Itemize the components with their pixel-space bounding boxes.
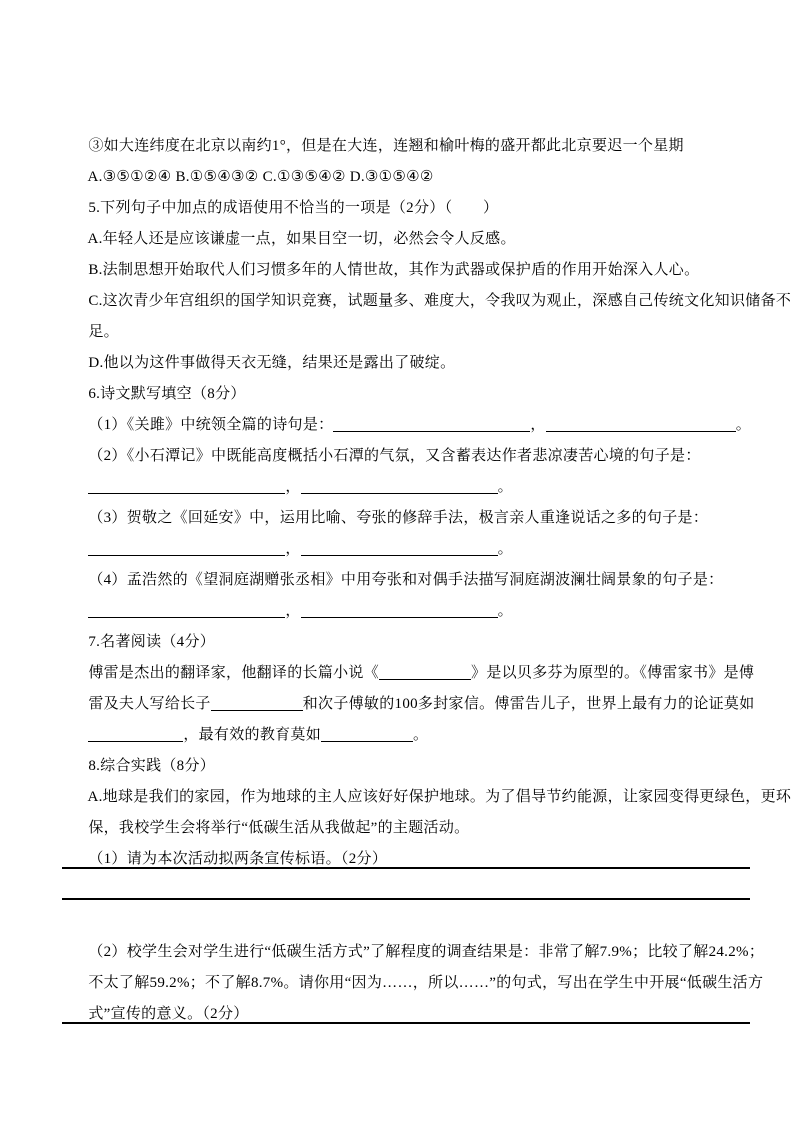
period: 。 <box>498 541 513 557</box>
q5-option-d: D.他以为这件事做得天衣无缝，结果还是露出了破绽。 <box>64 317 748 348</box>
q7-line3-end: 。 <box>413 727 428 743</box>
q6-item1-label: （1）《关雎》中统领全篇的诗句是： <box>88 417 333 433</box>
q6-item2-label: （2）《小石潭记》中既能高度概括小石潭的气氛，又含蓄表达作者悲凉凄苦心境的句子是… <box>88 448 700 464</box>
q7-line1-pre: 傅雷是杰出的翻译家，他翻译的长篇小说《 <box>88 665 379 681</box>
q5-stem-text: 5.下列句子中加点的成语使用不恰当的一项是（2分）（ ） <box>88 200 498 216</box>
q8-intro-line1-text: A.地球是我们的家园，作为地球的主人应该好好保护地球。为了倡导节约能源，让家园变… <box>87 789 791 805</box>
q6-item4-label: （4）孟浩然的《望洞庭湖赠张丞相》中用夸张和对偶手法描写洞庭湖波澜壮阔景象的句子… <box>88 572 723 588</box>
q8-title-text: 8.综合实践（8分） <box>88 758 215 774</box>
answer-blank <box>301 479 498 494</box>
q4-sentence-3: ③如大连纬度在北京以南约1°，但是在大连，连翘和榆叶梅的盛开都此北京要迟一个星期 <box>64 100 748 131</box>
q8-sub1-answer-line-1 <box>64 844 748 875</box>
answer-rule <box>62 898 750 900</box>
answer-blank <box>301 603 498 618</box>
q8-sub2-line1: （2）校学生会对学生进行“低碳生活方式”了解程度的调查结果是：非常了解7.9%；… <box>64 906 748 937</box>
q5-option-c-line2-text: 足。 <box>88 324 119 340</box>
answer-blank <box>379 665 471 680</box>
q8-sub1-answer-line-2 <box>64 875 748 906</box>
q8-sub2-answer-line-1 <box>64 999 748 1030</box>
q7-line3-mid: ，最有效的教育莫如 <box>183 727 321 743</box>
q7-line1-post: 》是以贝多芬为原型的。《傅雷家书》是傅 <box>471 665 754 681</box>
q5-option-b-text: B.法制思想开始取代人们习惯多年的人情世故，其作为武器或保护盾的作用开始深入人心… <box>88 262 699 278</box>
q8-intro-line2-text: 保，我校学生会将举行“低碳生活从我做起”的主题活动。 <box>88 820 469 836</box>
q5-option-a-text: A.年轻人还是应该谦虚一点，如果目空一切，必然会令人反感。 <box>87 231 515 247</box>
exam-paper-page: ③如大连纬度在北京以南约1°，但是在大连，连翘和榆叶梅的盛开都此北京要迟一个星期… <box>0 0 794 1123</box>
q5-option-c-line1-text: C.这次青少年宫组织的国学知识竞赛，试题量多、难度大，令我叹为观止，深感自己传统… <box>88 293 791 309</box>
answer-rule <box>62 1022 750 1024</box>
comma: ， <box>285 479 300 495</box>
page-content: ③如大连纬度在北京以南约1°，但是在大连，连翘和榆叶梅的盛开都此北京要迟一个星期… <box>64 100 748 1030</box>
q6-item3-label: （3）贺敬之《回延安》中，运用比喻、夸张的修辞手法，极言亲人重逢说话之多的句子是… <box>88 510 708 526</box>
answer-blank <box>301 541 498 556</box>
comma: ， <box>285 603 300 619</box>
q6-title-text: 6.诗文默写填空（8分） <box>88 386 245 402</box>
answer-blank <box>88 541 285 556</box>
comma: ， <box>285 541 300 557</box>
answer-blank <box>88 727 183 742</box>
q7-title-text: 7.名著阅读（4分） <box>88 634 215 650</box>
answer-blank <box>321 727 413 742</box>
comma: ， <box>530 417 545 433</box>
q8-sub2-line1-text: （2）校学生会对学生进行“低碳生活方式”了解程度的调查结果是：非常了解7.9%；… <box>88 944 764 960</box>
q7-line2-pre: 雷及夫人写给长子 <box>88 696 210 712</box>
answer-blank <box>88 479 285 494</box>
period: 。 <box>498 603 513 619</box>
answer-blank <box>211 696 303 711</box>
q4-options-text: A.③⑤①②④ B.①⑤④③② C.①③⑤④② D.③①⑤④② <box>87 169 433 185</box>
answer-rule <box>62 867 750 869</box>
answer-blank <box>546 417 736 432</box>
q8-sub2-line2-text: 不太了解59.2%；不了解8.7%。请你用“因为……，所以……”的句式，写出在学… <box>88 975 763 991</box>
q7-line2-post: 和次子傅敏的100多封家信。傅雷告儿子，世界上最有力的论证莫如 <box>303 696 755 712</box>
q5-option-d-text: D.他以为这件事做得天衣无缝，结果还是露出了破绽。 <box>88 355 455 371</box>
period: 。 <box>736 417 751 433</box>
answer-blank <box>88 603 285 618</box>
period: 。 <box>498 479 513 495</box>
answer-blank <box>333 417 530 432</box>
q4-sentence-3-text: ③如大连纬度在北京以南约1°，但是在大连，连翘和榆叶梅的盛开都此北京要迟一个星期 <box>88 138 684 154</box>
